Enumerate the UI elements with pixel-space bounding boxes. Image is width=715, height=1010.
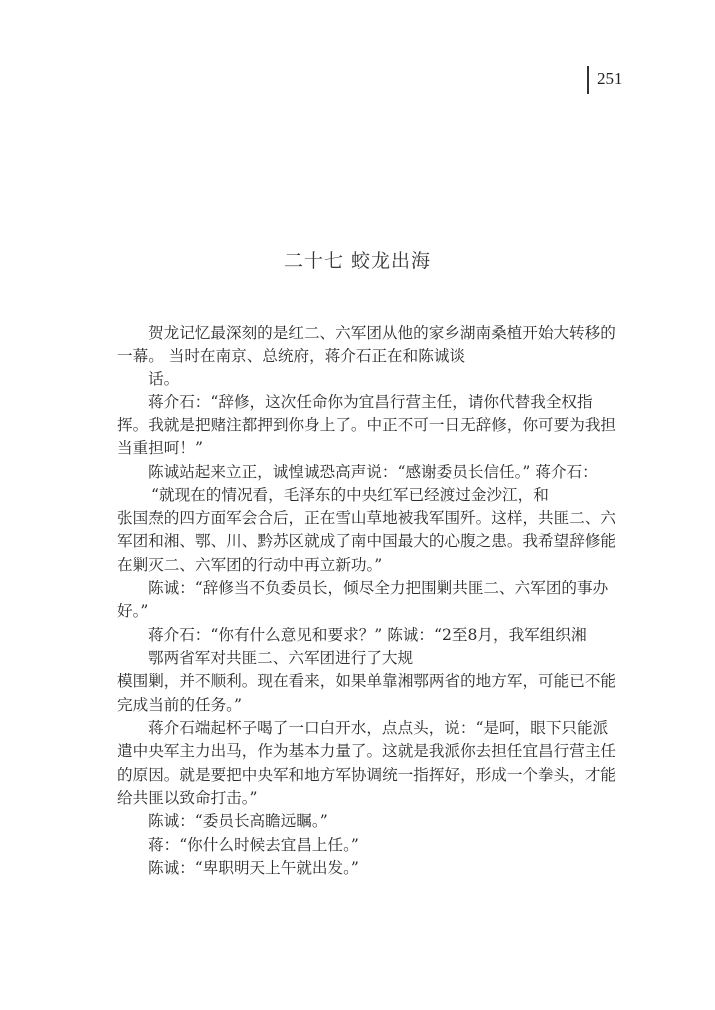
text-line: 的原因。就是要把中央军和地方军协调统一指挥好，形成一个拳头，才能 — [117, 765, 616, 785]
text-line: “就现在的情况看，毛泽东的中央红军已经渡过金沙江，和 — [151, 485, 549, 505]
text-line: 陈诚站起来立正，诚惶诚恐高声说：“感谢委员长信任。” 蒋介石： — [148, 462, 598, 482]
text-line: 张国焘的四方面军会合后，正在雪山草地被我军围歼。这样，共匪二、六 — [117, 508, 616, 528]
text-line: 话。 — [148, 369, 179, 389]
text-line: 军团和湘、鄂、川、黔苏区就成了南中国最大的心腹之患。我希望辞修能 — [117, 531, 616, 551]
text-line: 陈诚：“卑职明天上午就出发。” — [148, 858, 359, 878]
text-line: 蒋介石：“辞修，这次任命你为宜昌行营主任，请你代替我全权指 — [148, 392, 593, 412]
page-number: 251 — [597, 69, 623, 89]
text-line: 贺龙记忆最深刻的是红二、六军团从他的家乡湖南桑植开始大转移的 — [148, 323, 616, 343]
text-line: 完成当前的任务。” — [117, 695, 242, 715]
text-line: 当重担呵！” — [117, 438, 203, 458]
text-line: 遣中央军主力出马，作为基本力量了。这就是我派你去担任宜昌行营主任 — [117, 741, 616, 761]
text-line: 陈诚：“辞修当不负委员长，倾尽全力把围剿共匪二、六军团的事办 — [148, 578, 608, 598]
text-line: 陈诚：“委员长高瞻远瞩。” — [148, 811, 328, 831]
page-number-rule — [587, 66, 589, 94]
text-line: 模围剿，并不顺利。现在看来，如果单靠湘鄂两省的地方军，可能已不能 — [117, 671, 616, 691]
text-line: 好。” — [117, 601, 148, 621]
text-line: 蒋：“你什么时候去宜昌上任。” — [148, 835, 359, 855]
text-line: 蒋介石：“你有什么意见和要求？” 陈诚：“2至8月，我军组织湘 — [148, 625, 587, 645]
text-line: 给共匪以致命打击。” — [117, 788, 258, 808]
text-line: 在剿灭二、六军团的行动中再立新功。” — [117, 555, 382, 575]
text-line: 一幕。 当时在南京、总统府，蒋介石正在和陈诚谈 — [117, 346, 465, 366]
text-line: 蒋介石端起杯子喝了一口白开水，点点头，说：“是呵，眼下只能派 — [148, 718, 608, 738]
chapter-title: 二十七 蛟龙出海 — [0, 246, 715, 273]
text-line: 挥。我就是把赌注都押到你身上了。中正不可一日无辞修，你可要为我担 — [117, 415, 616, 435]
text-line: 鄂两省军对共匪二、六军团进行了大规 — [148, 648, 413, 668]
